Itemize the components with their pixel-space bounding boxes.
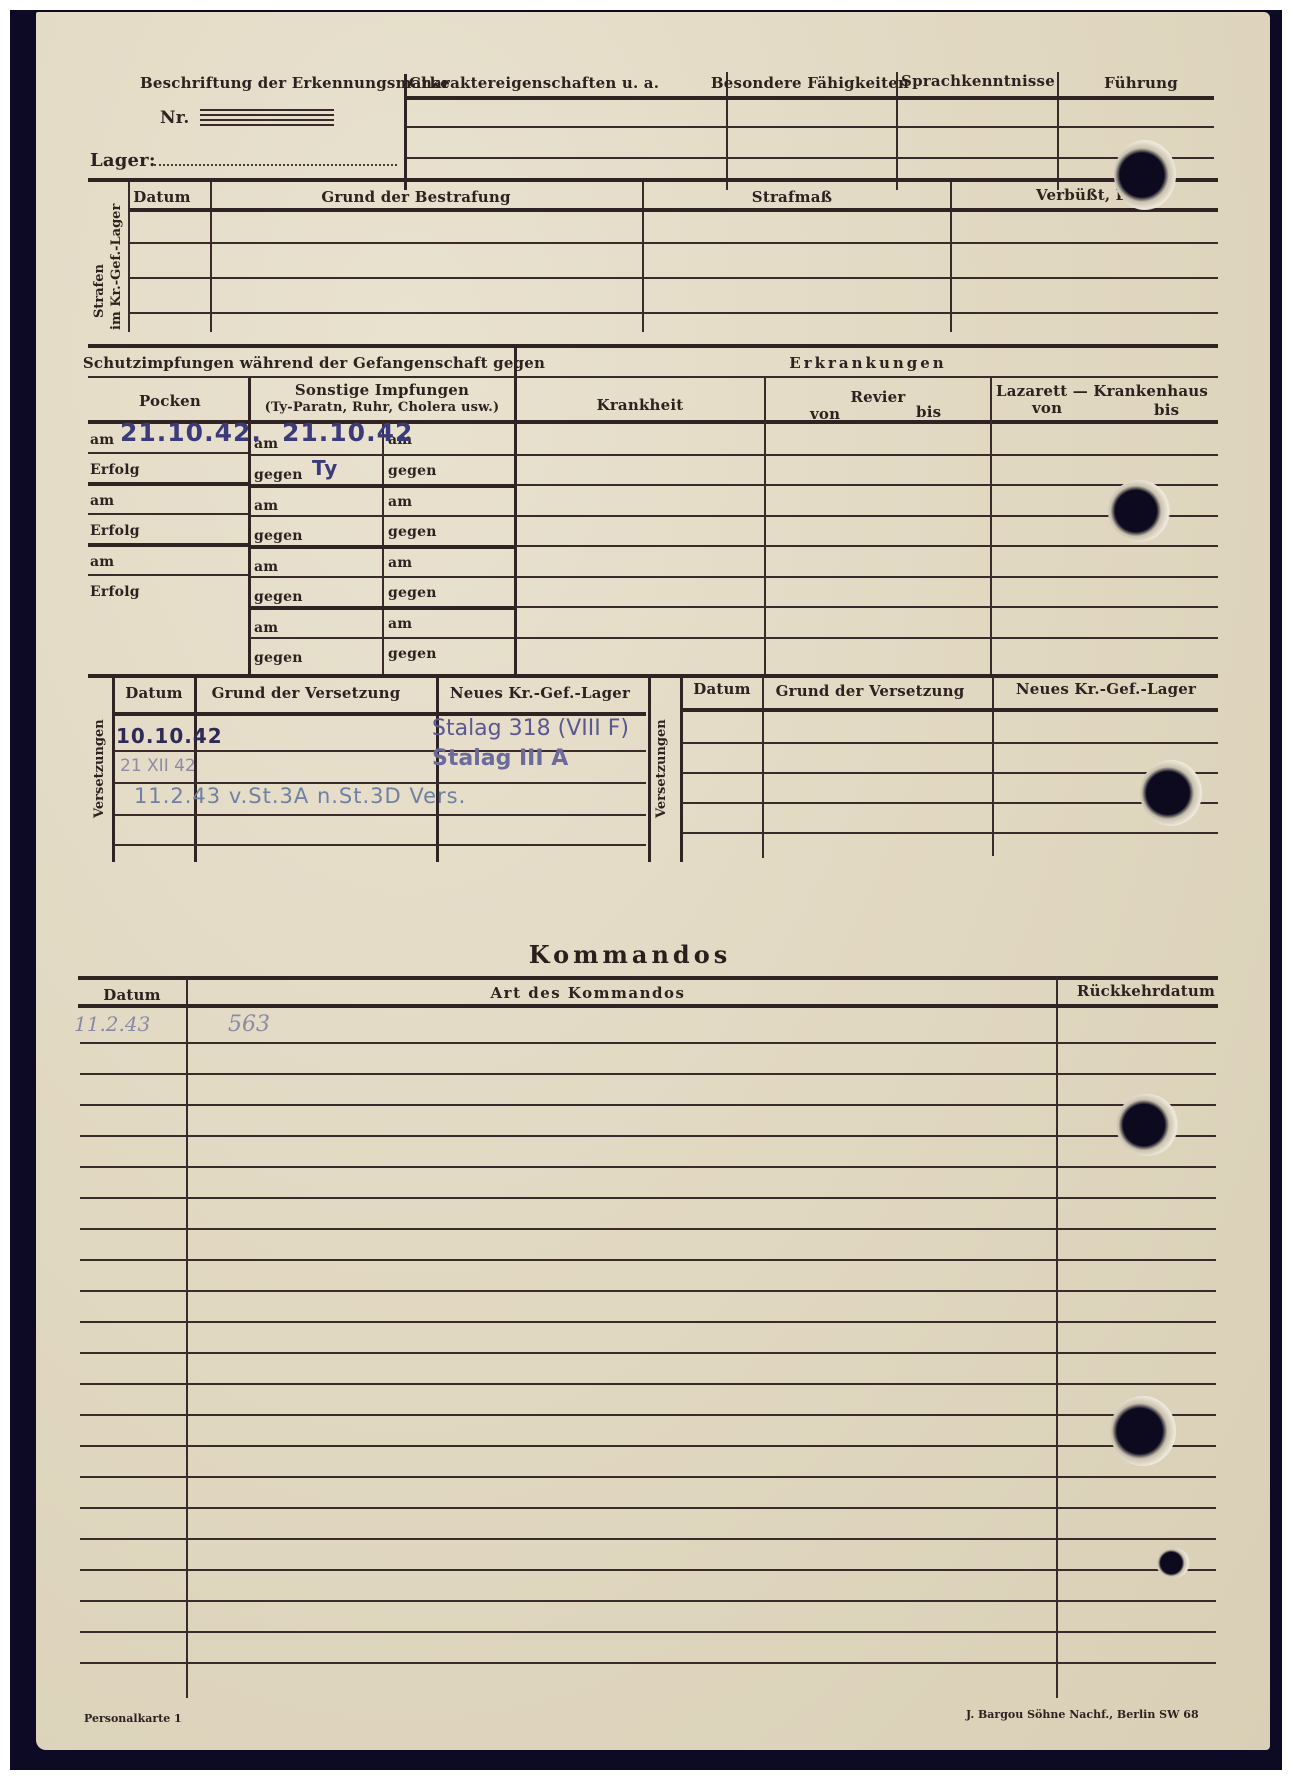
sonstige-l-2: am [254, 498, 278, 514]
sonstige-r-2: am [388, 494, 412, 510]
rule [250, 606, 514, 610]
sonstige-r-4: am [388, 555, 412, 571]
vers-row1-date: 10.10.42 [116, 724, 223, 748]
rule [516, 484, 1218, 486]
section-rule [88, 178, 1218, 182]
sonstige-label-1: Sonstige Impfungen [295, 381, 469, 399]
col-sprachkenntnisse: Sprachkenntnisse [901, 72, 1055, 90]
sonstige-r-3: gegen [388, 524, 437, 540]
pocken-erfolg-2: Erfolg [90, 523, 140, 539]
rule [114, 814, 646, 816]
vers-row2-lager: Stalag III A [432, 746, 568, 771]
vers-left-col-grund: Grund der Versetzung [212, 684, 401, 702]
kommandos-col-datum: Datum [103, 986, 160, 1004]
rule [88, 452, 248, 454]
rule [406, 157, 1214, 159]
sonstige-r-1: gegen [388, 463, 437, 479]
kommandos-col-rueckkehr: Rückkehrdatum [1077, 982, 1215, 1000]
rule [130, 208, 1218, 212]
strafen-side-label-1: Strafen [92, 264, 107, 318]
versetzungen-side-label-left: Versetzungen [92, 719, 107, 818]
strafen-col-datum: Datum [133, 188, 190, 206]
rule [516, 454, 1218, 456]
divider [112, 676, 115, 862]
punch-hole [1110, 1396, 1176, 1466]
vers-left-col-lager: Neues Kr.-Gef.-Lager [450, 684, 630, 702]
divider [514, 348, 517, 674]
divider [1056, 978, 1058, 1698]
rule [250, 545, 514, 549]
divider [764, 378, 766, 674]
divider [210, 182, 212, 332]
vers-right-col-datum: Datum [693, 680, 750, 698]
pocken-am-3: am [90, 554, 114, 570]
lazarett-label: Lazarett — Krankenhaus [996, 382, 1208, 400]
rule [250, 637, 514, 639]
rule [250, 576, 514, 578]
divider [762, 676, 764, 858]
strafen-col-grund: Grund der Bestrafung [321, 188, 510, 206]
punch-hole [1114, 140, 1176, 210]
sonstige-l-7: gegen [254, 650, 303, 666]
rule [250, 454, 514, 456]
pocken-am-1: am [90, 432, 114, 448]
kommandos-row1-datum: 11.2.43 [74, 1012, 150, 1036]
rule [406, 96, 1214, 100]
col-charaktereigenschaften: Charaktereigenschaften u. a. [409, 74, 659, 92]
strafen-side-label-2: im Kr.-Gef.-Lager [109, 204, 124, 330]
punch-hole [1140, 760, 1202, 826]
kommandos-title: Kommandos [529, 940, 731, 969]
rule [250, 484, 514, 488]
vers-right-col-lager: Neues Kr.-Gef.-Lager [1016, 680, 1196, 698]
strafen-col-strafmass: Strafmaß [752, 188, 832, 206]
revier-bis: bis [916, 403, 941, 421]
rule [130, 242, 1218, 244]
rule [78, 976, 1218, 980]
section-rule [88, 344, 1218, 348]
vers-row3-text: 11.2.43 v.St.3A n.St.3D Vers. [134, 784, 466, 808]
sonstige-l-3: gegen [254, 528, 303, 544]
rule [406, 126, 1214, 128]
punch-hole [1156, 1548, 1190, 1578]
col-fuehrung: Führung [1104, 74, 1178, 92]
rule [88, 574, 248, 576]
footer-printer: J. Bargou Söhne Nachf., Berlin SW 68 [966, 1708, 1199, 1721]
rule [250, 515, 514, 517]
erkrankungen-title: Erkrankungen [789, 354, 946, 372]
sonstige-l-4: am [254, 559, 278, 575]
lazarett-von: von [1032, 399, 1062, 417]
rule [88, 543, 248, 547]
pocken-date-stamp: 21.10.42. [120, 418, 262, 447]
sonstige-l-1: gegen [254, 467, 303, 483]
sonstige-r-7: gegen [388, 646, 437, 662]
divider [642, 182, 644, 332]
rule [88, 376, 1218, 378]
kommandos-col-art: Art des Kommandos [491, 984, 686, 1002]
divider [680, 676, 683, 862]
rule [114, 844, 646, 846]
rule [516, 606, 1218, 608]
pocken-am-2: am [90, 493, 114, 509]
rule [682, 742, 1218, 744]
rule [682, 802, 1218, 804]
punch-hole [1108, 480, 1170, 542]
vers-row1-lager: Stalag 318 (VIII F) [432, 716, 629, 741]
sonstige-r-5: gegen [388, 585, 437, 601]
sonstige-l-6: am [254, 620, 278, 636]
sonstige-label-2: (Ty-Paratn, Ruhr, Cholera usw.) [265, 400, 500, 415]
divider [186, 978, 188, 1698]
pocken-erfolg-1: Erfolg [90, 462, 140, 478]
pocken-label: Pocken [139, 392, 201, 410]
divider [950, 182, 952, 332]
vers-row2-date: 21 XII 42 [120, 756, 196, 776]
nr-label: Nr. [160, 108, 189, 128]
divider [1057, 72, 1059, 190]
personalkarte-document: Beschriftung der Erkennungsmarke Nr. Lag… [36, 12, 1270, 1750]
divider [404, 74, 407, 190]
rule [130, 277, 1218, 279]
divider [128, 182, 130, 332]
rule [682, 832, 1218, 834]
divider [648, 676, 651, 862]
sonstige-date-stamp: 21.10.42 [282, 418, 413, 447]
lager-label: Lager: [90, 150, 156, 171]
revier-von: von [810, 405, 840, 423]
rule [130, 312, 1218, 314]
rule [516, 637, 1218, 639]
versetzungen-side-label-right: Versetzungen [654, 719, 669, 818]
rule [88, 513, 248, 515]
rule [78, 1004, 1218, 1008]
divider [990, 378, 992, 674]
sonstige-r-6: am [388, 616, 412, 632]
schutzimpfungen-title: Schutzimpfungen während der Gefangenscha… [83, 354, 545, 372]
sonstige-l-5: gegen [254, 589, 303, 605]
vers-right-col-grund: Grund der Versetzung [776, 682, 965, 700]
lager-field[interactable] [154, 164, 397, 166]
punch-hole [1116, 1094, 1178, 1156]
col-besondere-faehigkeiten: Besondere Fähigkeiten [711, 74, 909, 92]
footer-form-id: Personalkarte 1 [84, 1712, 182, 1725]
rule [516, 576, 1218, 578]
pocken-erfolg-3: Erfolg [90, 584, 140, 600]
lazarett-bis: bis [1154, 401, 1179, 419]
section-rule [88, 674, 1218, 678]
strafen-col-verbuesst: Verbüßt, D [1036, 186, 1129, 204]
rule [682, 708, 1218, 712]
rule [88, 482, 248, 486]
divider [992, 676, 994, 856]
nr-field[interactable] [200, 109, 334, 129]
kommandos-row1-art: 563 [228, 1012, 270, 1037]
sonstige-gegen-entry: Ty [312, 456, 338, 480]
revier-label: Revier [850, 388, 905, 406]
rule [682, 772, 1218, 774]
rule [516, 545, 1218, 547]
divider [896, 72, 898, 190]
krankheit-label: Krankheit [597, 396, 684, 414]
vers-left-col-datum: Datum [125, 684, 182, 702]
